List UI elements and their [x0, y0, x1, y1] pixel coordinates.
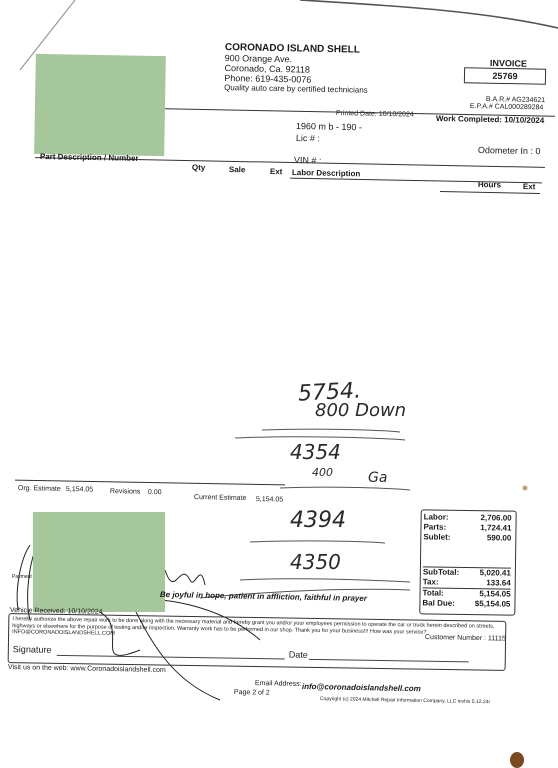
date-line[interactable] [309, 659, 469, 663]
page-number: Page 2 of 2 [234, 689, 270, 697]
handwritten-400: 400 [312, 466, 333, 479]
invoice-number: 25769 [465, 68, 545, 84]
col-labor-description: Labor Description [292, 168, 361, 178]
revisions-label: Revisions [110, 488, 140, 496]
handwritten-down: 800 Down [315, 400, 406, 421]
revisions-value: 0.00 [148, 489, 162, 496]
vin-number: VIN # : [294, 155, 322, 166]
date-label[interactable]: Date [289, 650, 308, 660]
current-estimate-label: Current Estimate [194, 494, 247, 502]
redacted-block-bottom [33, 512, 165, 612]
current-estimate-value: 5,154.05 [256, 496, 283, 504]
scanned-invoice-page: CORONADO ISLAND SHELL 900 Orange Ave. Co… [0, 0, 558, 768]
handwritten-4350: 4350 [290, 550, 341, 574]
signature-label[interactable]: Signature [13, 644, 52, 655]
totals-row-tax: Tax:133.64 [423, 577, 511, 588]
epa-number: E.P.A.# CAL000289284 [470, 103, 544, 111]
handwritten-4394: 4394 [290, 508, 346, 533]
col-part-description: Part Description / Number [40, 152, 139, 163]
authorization-text: I hereby authorize the above repair work… [12, 616, 502, 643]
signature-line[interactable] [57, 655, 285, 660]
invoice-number-box: 25769 [464, 67, 546, 85]
redacted-block-top [34, 54, 166, 156]
lic-number: Lic # : [296, 133, 320, 143]
authorization-box: I hereby authorize the above repair work… [8, 613, 507, 671]
shop-info: CORONADO ISLAND SHELL 900 Orange Ave. Co… [224, 42, 369, 95]
totals-row-sublet: Sublet:590.00 [423, 532, 511, 543]
handwritten-remaining: 4354 [290, 440, 341, 464]
org-estimate-value: 5,154.05 [66, 486, 93, 494]
org-estimate-label: Org. Estimate [18, 485, 61, 493]
col-ext: Ext [270, 167, 283, 176]
totals-box: Labor:2,706.00 Parts:1,724.41 Sublet:590… [419, 509, 516, 615]
odometer-in: Odometer In : 0 [478, 145, 541, 156]
vehicle-description: 1960 m b - 190 - [296, 121, 362, 132]
totals-row-bal-due: Bal Due:$5,154.05 [422, 598, 510, 609]
totals-list: Labor:2,706.00 Parts:1,724.41 Sublet:590… [422, 512, 511, 609]
col-ext2: Ext [523, 182, 536, 191]
col-sale: Sale [229, 165, 246, 174]
handwritten-initials: Ga [368, 470, 387, 486]
col-qty: Qty [192, 163, 206, 172]
email-label: Email Address: [255, 680, 302, 688]
payment-label: Payment [12, 574, 32, 580]
